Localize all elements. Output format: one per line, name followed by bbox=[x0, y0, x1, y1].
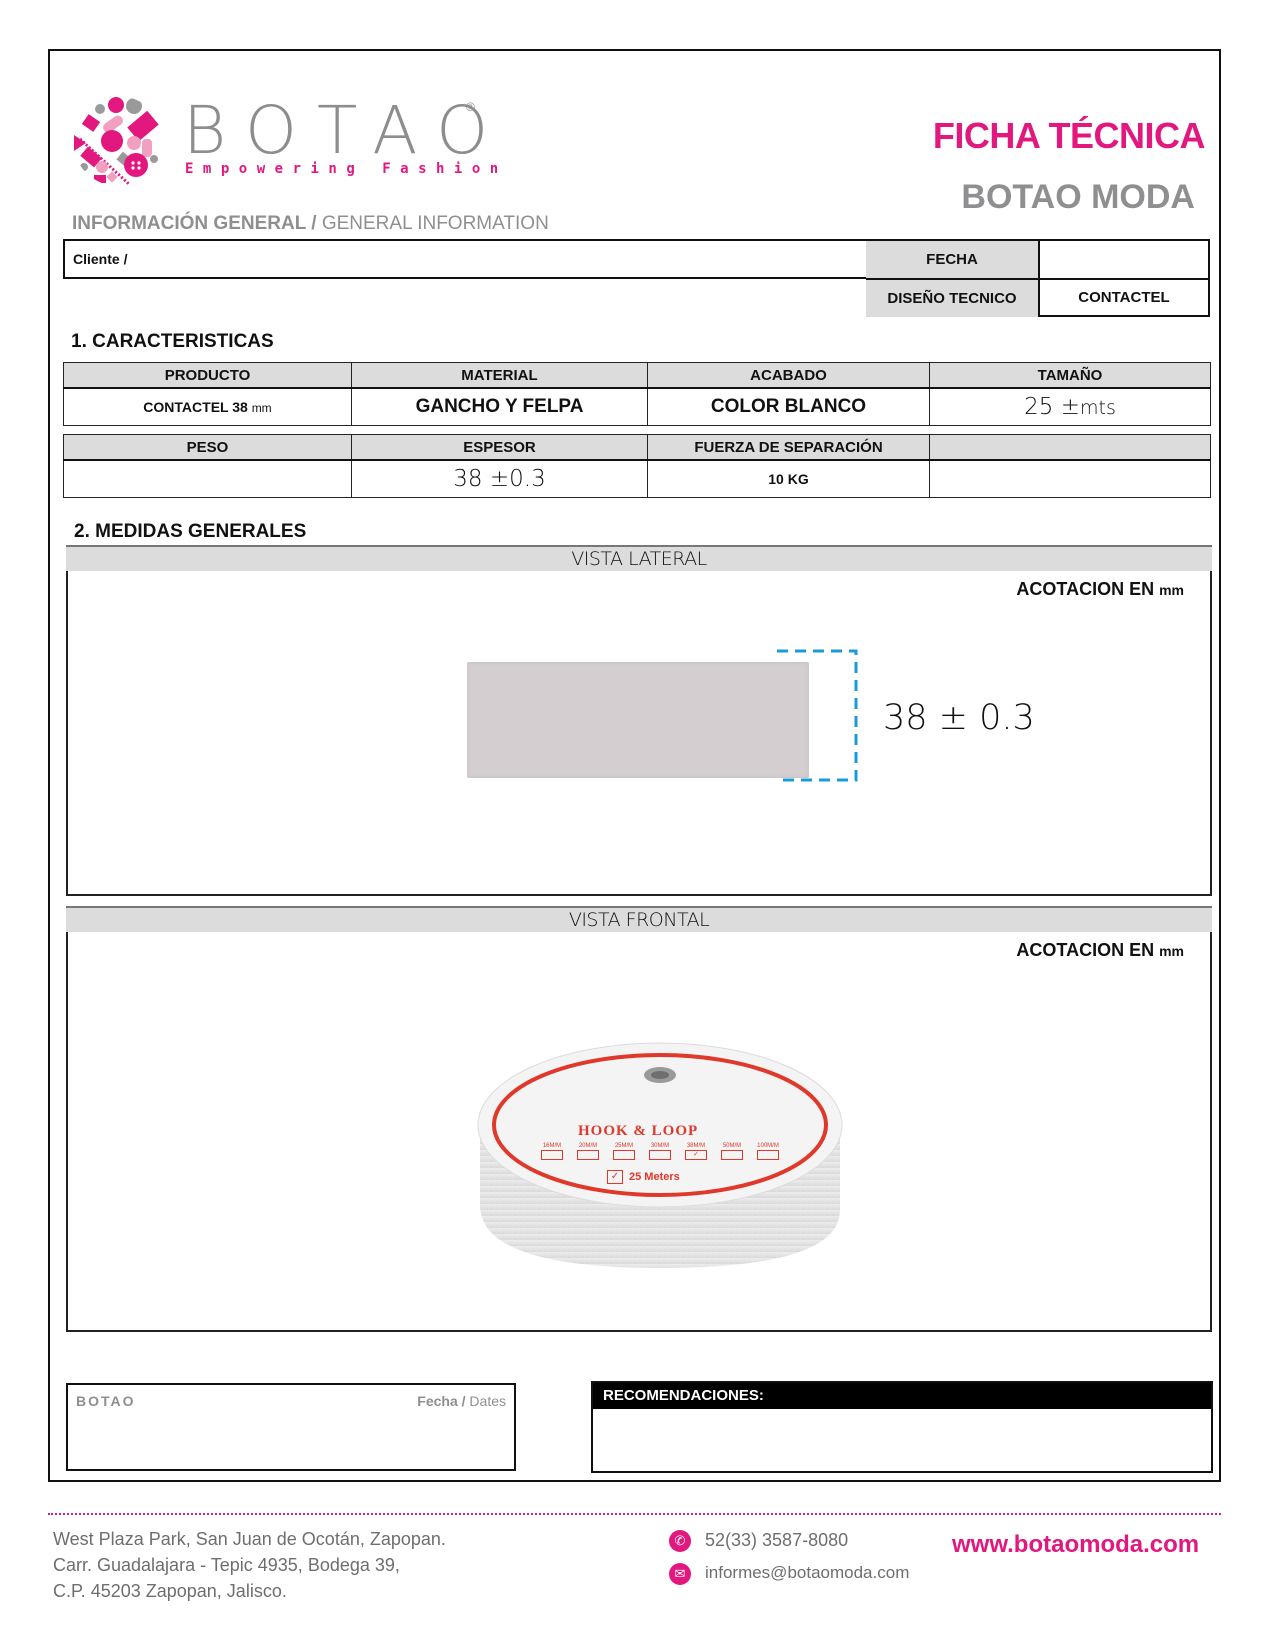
tamano-text: 25 ± bbox=[1024, 394, 1080, 420]
roll-size-boxes: 16M/M 20M/M 25M/M 30M/M 38M/M✓ 50M/M 100… bbox=[538, 1143, 782, 1160]
dimension-bracket-icon bbox=[775, 648, 860, 783]
value-material: GANCHO Y FELPA bbox=[352, 388, 648, 426]
footer-address: West Plaza Park, San Juan de Ocotán, Zap… bbox=[53, 1526, 446, 1604]
lateral-dimension-label: 38 ± 0.3 bbox=[883, 698, 1035, 738]
medidas-title: 2. MEDIDAS GENERALES bbox=[74, 521, 306, 543]
roll-size-1-box bbox=[577, 1150, 599, 1160]
roll-size-0: 16M/M bbox=[538, 1143, 566, 1160]
velcro-strip-side-view bbox=[467, 662, 809, 778]
roll-label: HOOK & LOOP bbox=[578, 1123, 698, 1140]
address-line-2: Carr. Guadalajara - Tepic 4935, Bodega 3… bbox=[53, 1552, 446, 1578]
general-info-bold: INFORMACIÓN GENERAL / bbox=[72, 213, 317, 234]
brand-wordmark: BOTAO bbox=[183, 98, 508, 164]
header-tamano: TAMAÑO bbox=[930, 363, 1211, 389]
roll-size-6-box bbox=[757, 1150, 779, 1160]
value-producto: CONTACTEL 38 mm bbox=[64, 388, 352, 426]
spec-table-2: PESO ESPESOR FUERZA DE SEPARACIÓN 38 ±0.… bbox=[63, 434, 1211, 498]
header-empty bbox=[930, 435, 1211, 461]
document-subtitle: BOTAO MODA bbox=[961, 178, 1195, 217]
vista-frontal-heading: VISTA FRONTAL bbox=[66, 906, 1212, 932]
roll-size-5: 50M/M bbox=[718, 1143, 746, 1160]
footer-phone[interactable]: 52(33) 3587-8080 bbox=[705, 1530, 848, 1551]
roll-size-6-text: 100M/M bbox=[754, 1143, 782, 1149]
value-tamano: 25 ±mts bbox=[930, 388, 1211, 426]
roll-size-0-box bbox=[541, 1150, 563, 1160]
roll-size-6: 100M/M bbox=[754, 1143, 782, 1160]
envelope-icon: ✉ bbox=[669, 1563, 691, 1585]
recommendations-heading: RECOMENDACIONES: bbox=[593, 1383, 1211, 1409]
roll-size-3-text: 30M/M bbox=[646, 1143, 674, 1149]
diseno-label: DISEÑO TECNICO bbox=[866, 278, 1038, 317]
signature-date-bold: Fecha / bbox=[417, 1393, 465, 1409]
roll-size-5-text: 50M/M bbox=[718, 1143, 746, 1149]
roll-size-5-box bbox=[721, 1150, 743, 1160]
roll-size-2-text: 25M/M bbox=[610, 1143, 638, 1149]
signature-date-light: Dates bbox=[466, 1393, 506, 1409]
header-peso: PESO bbox=[64, 435, 352, 461]
registered-mark: ® bbox=[466, 100, 475, 114]
signature-box[interactable]: BOTAO Fecha / Dates bbox=[66, 1383, 516, 1471]
value-peso bbox=[64, 460, 352, 498]
header-fuerza: FUERZA DE SEPARACIÓN bbox=[648, 435, 930, 461]
client-field[interactable]: Cliente / bbox=[63, 239, 868, 279]
roll-size-3-box bbox=[649, 1150, 671, 1160]
roll-size-4-text: 38M/M bbox=[682, 1143, 710, 1149]
acotacion-lateral-unit: mm bbox=[1159, 582, 1184, 598]
roll-size-1-text: 20M/M bbox=[574, 1143, 602, 1149]
roll-size-0-text: 16M/M bbox=[538, 1143, 566, 1149]
value-acabado: COLOR BLANCO bbox=[648, 388, 930, 426]
client-label: Cliente / bbox=[73, 251, 127, 267]
diseno-value[interactable]: CONTACTEL bbox=[1038, 278, 1210, 317]
address-line-1: West Plaza Park, San Juan de Ocotán, Zap… bbox=[53, 1526, 446, 1552]
producto-text: CONTACTEL 38 bbox=[143, 399, 248, 415]
tamano-unit: mts bbox=[1080, 397, 1116, 419]
general-info-heading: INFORMACIÓN GENERAL / GENERAL INFORMATIO… bbox=[72, 213, 549, 235]
value-empty bbox=[930, 460, 1211, 498]
acotacion-frontal-unit: mm bbox=[1159, 943, 1184, 959]
fecha-value[interactable] bbox=[1038, 239, 1210, 278]
roll-size-3: 30M/M bbox=[646, 1143, 674, 1160]
footer-divider bbox=[48, 1513, 1221, 1515]
header-espesor: ESPESOR bbox=[352, 435, 648, 461]
signature-brand: BOTAO bbox=[76, 1393, 136, 1409]
value-fuerza: 10 KG bbox=[648, 460, 930, 498]
signature-date: Fecha / Dates bbox=[417, 1393, 506, 1409]
acotacion-frontal-text: ACOTACION EN bbox=[1016, 940, 1154, 960]
brand-tagline: Empowering Fashion bbox=[185, 161, 508, 177]
footer-email[interactable]: informes@botaomoda.com bbox=[705, 1563, 909, 1583]
roll-size-2: 25M/M bbox=[610, 1143, 638, 1160]
acotacion-lateral-text: ACOTACION EN bbox=[1016, 579, 1154, 599]
footer-website[interactable]: www.botaomoda.com bbox=[952, 1531, 1199, 1559]
phone-icon: ✆ bbox=[669, 1530, 691, 1552]
producto-unit: mm bbox=[252, 401, 272, 415]
vista-lateral-heading: VISTA LATERAL bbox=[66, 545, 1212, 571]
caracteristicas-title: 1. CARACTERISTICAS bbox=[71, 331, 274, 353]
roll-length: ✓ 25 Meters bbox=[607, 1170, 680, 1184]
checkmark-icon: ✓ bbox=[607, 1170, 623, 1184]
spec-table-1: PRODUCTO MATERIAL ACABADO TAMAÑO CONTACT… bbox=[63, 362, 1211, 426]
address-line-3: C.P. 45203 Zapopan, Jalisco. bbox=[53, 1578, 446, 1604]
roll-size-2-box bbox=[613, 1150, 635, 1160]
acotacion-lateral: ACOTACION EN mm bbox=[1016, 579, 1184, 600]
fecha-label: FECHA bbox=[866, 239, 1038, 278]
value-espesor: 38 ±0.3 bbox=[352, 460, 648, 498]
botao-logo-icon bbox=[72, 95, 164, 187]
header-producto: PRODUCTO bbox=[64, 363, 352, 389]
acotacion-frontal: ACOTACION EN mm bbox=[1016, 940, 1184, 961]
document-title: FICHA TÉCNICA bbox=[933, 115, 1205, 157]
roll-length-text: 25 Meters bbox=[629, 1171, 680, 1183]
checkmark-icon: ✓ bbox=[685, 1150, 707, 1160]
header-acabado: ACABADO bbox=[648, 363, 930, 389]
roll-size-1: 20M/M bbox=[574, 1143, 602, 1160]
header-material: MATERIAL bbox=[352, 363, 648, 389]
info-grid: FECHA DISEÑO TECNICO CONTACTEL bbox=[866, 239, 1210, 317]
roll-size-4: 38M/M✓ bbox=[682, 1143, 710, 1160]
recommendations-box[interactable]: RECOMENDACIONES: bbox=[591, 1381, 1213, 1473]
general-info-light: GENERAL INFORMATION bbox=[317, 213, 549, 234]
